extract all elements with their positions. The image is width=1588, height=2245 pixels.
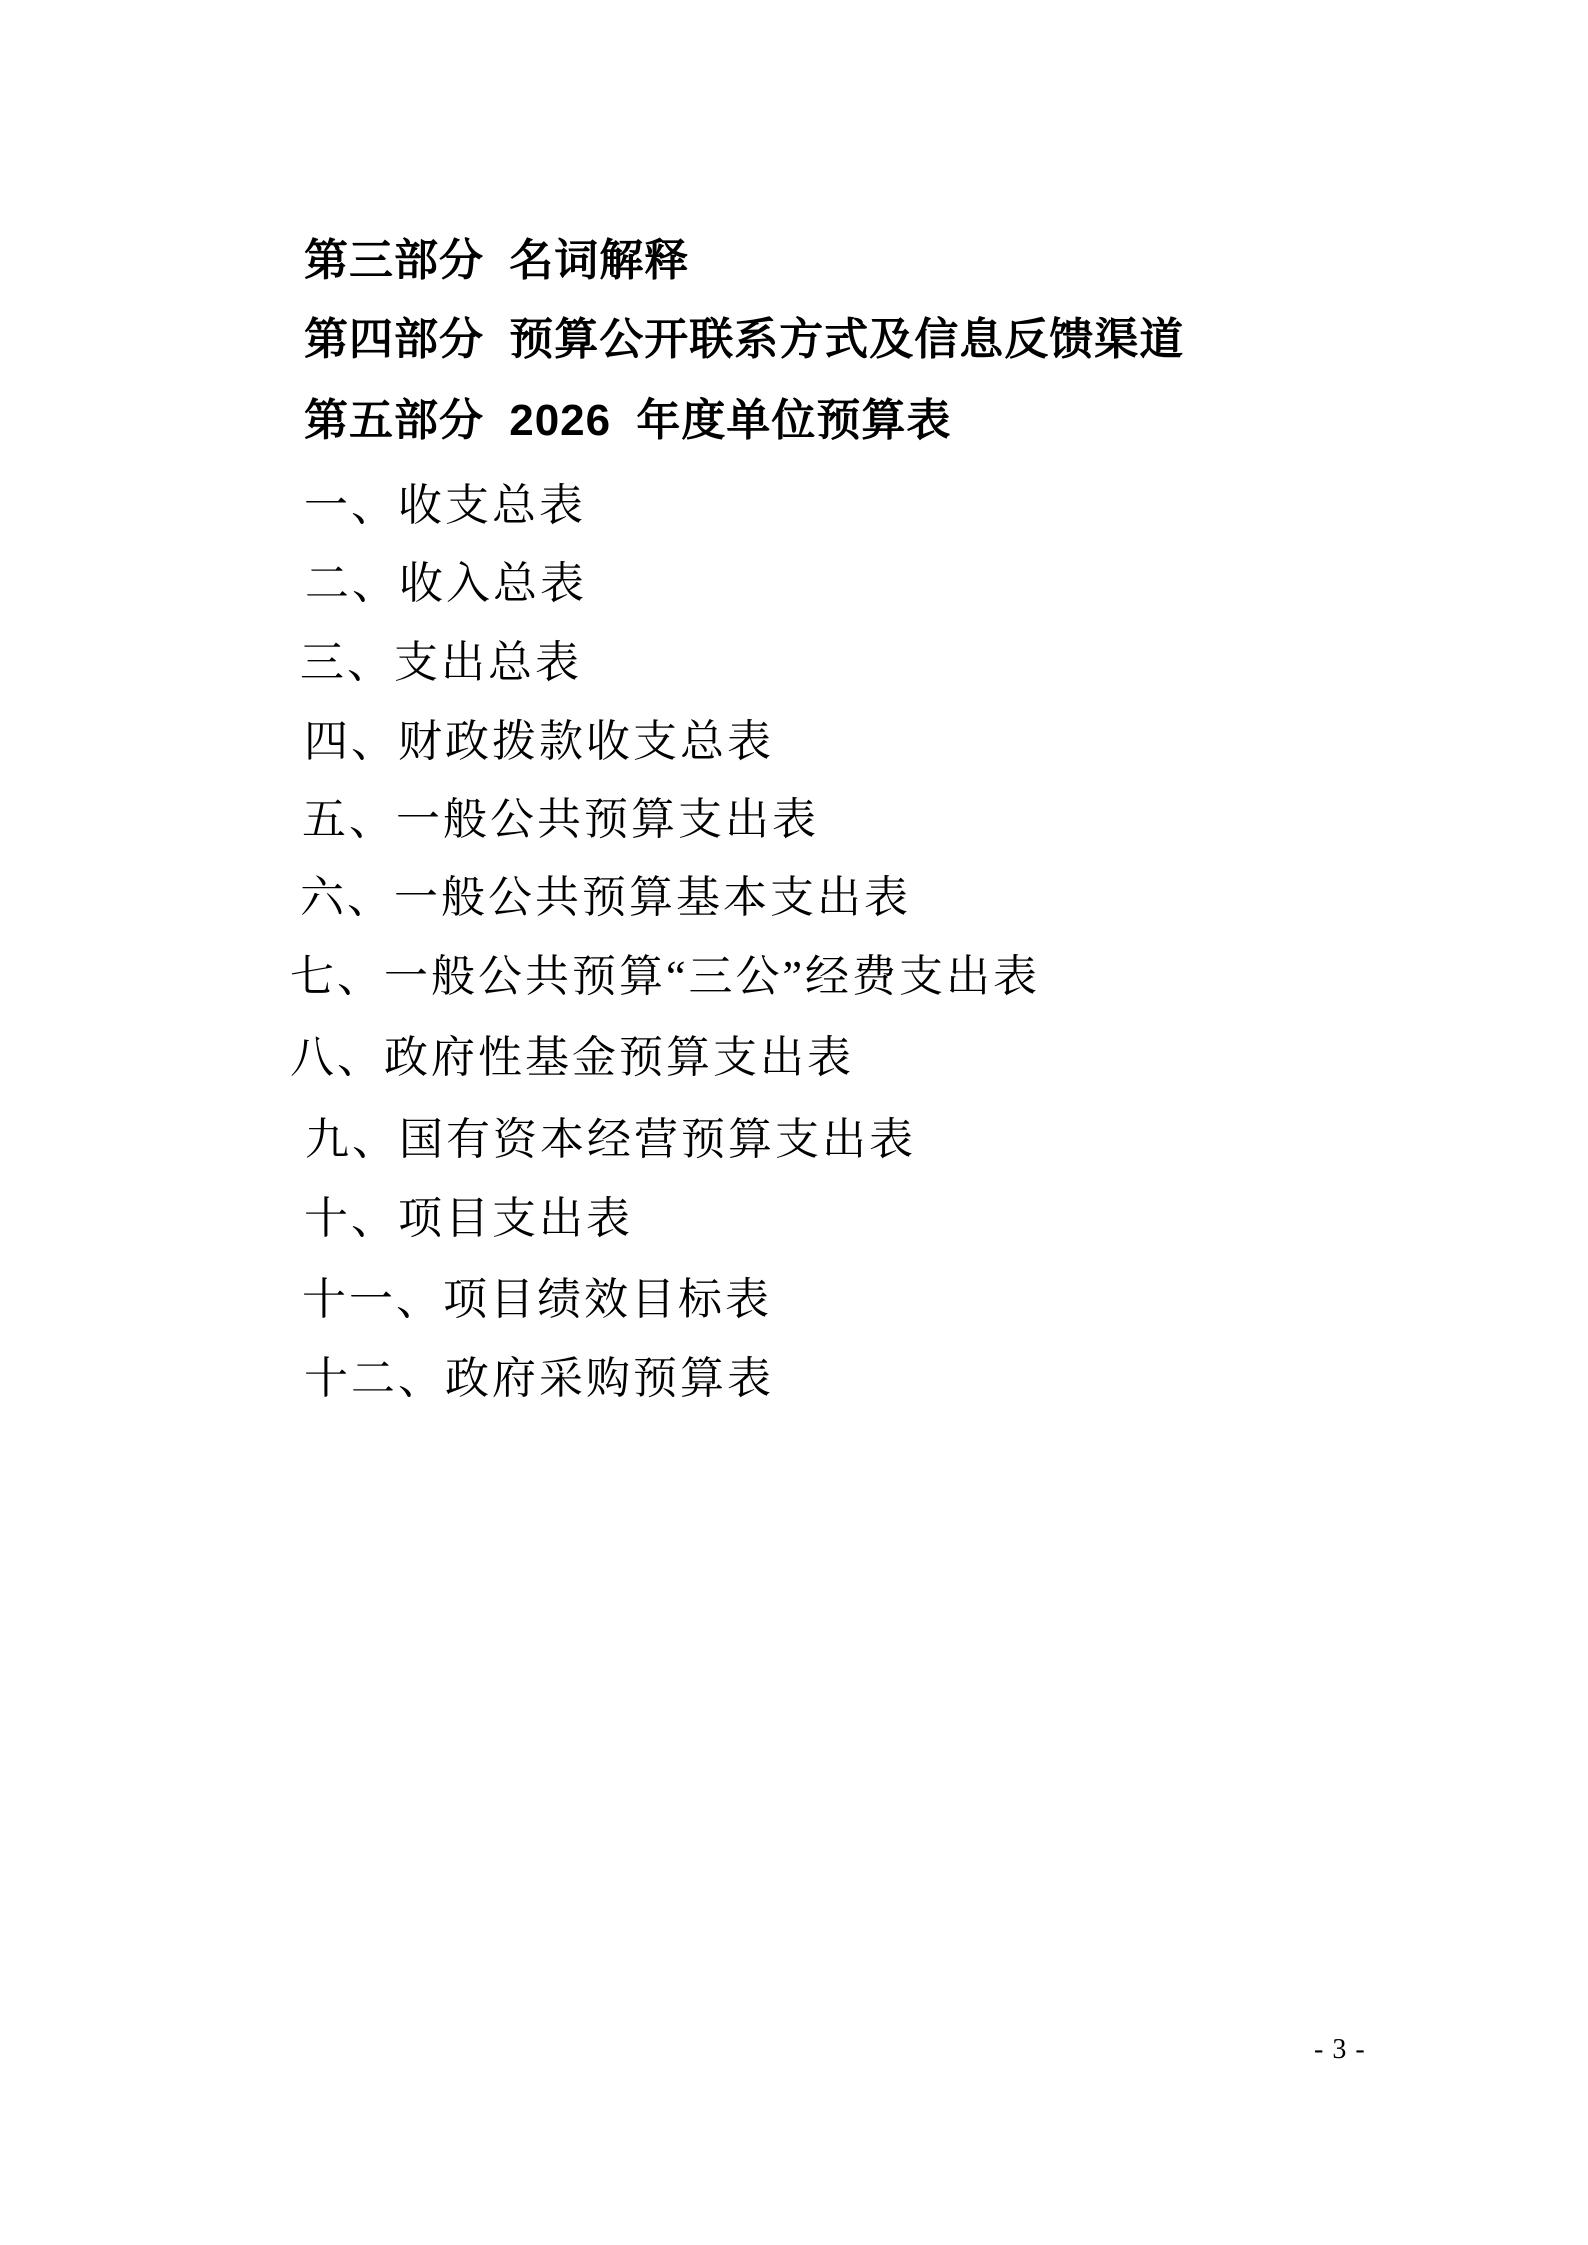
toc-item-2: 二、收入总表 — [305, 560, 587, 608]
toc-item-8: 八、政府性基金预算支出表 — [290, 1034, 854, 1082]
toc-heading-part-4: 第四部分 预算公开联系方式及信息反馈渠道 — [304, 316, 1184, 364]
toc-item-7: 七、一般公共预算“三公”经费支出表 — [290, 953, 1040, 1001]
page-number: - 3 - — [1314, 2034, 1366, 2066]
toc-item-5: 五、一般公共预算支出表 — [302, 796, 819, 844]
toc-item-11: 十一、项目绩效目标表 — [302, 1276, 772, 1324]
toc-item-1: 一、收支总表 — [304, 482, 586, 530]
toc-item-4: 四、财政拨款收支总表 — [304, 718, 774, 766]
toc-item-10: 十、项目支出表 — [304, 1195, 633, 1243]
toc-item-3: 三、支出总表 — [300, 639, 582, 687]
toc-item-12: 十二、政府采购预算表 — [304, 1355, 774, 1403]
toc-heading-part-3: 第三部分 名词解释 — [304, 237, 689, 285]
toc-item-6: 六、一般公共预算基本支出表 — [300, 874, 911, 922]
toc-item-9: 九、国有资本经营预算支出表 — [305, 1116, 916, 1164]
toc-heading-part-5: 第五部分 2026 年度单位预算表 — [304, 397, 951, 445]
document-page: 第三部分 名词解释 第四部分 预算公开联系方式及信息反馈渠道 第五部分 2026… — [0, 0, 1588, 2245]
